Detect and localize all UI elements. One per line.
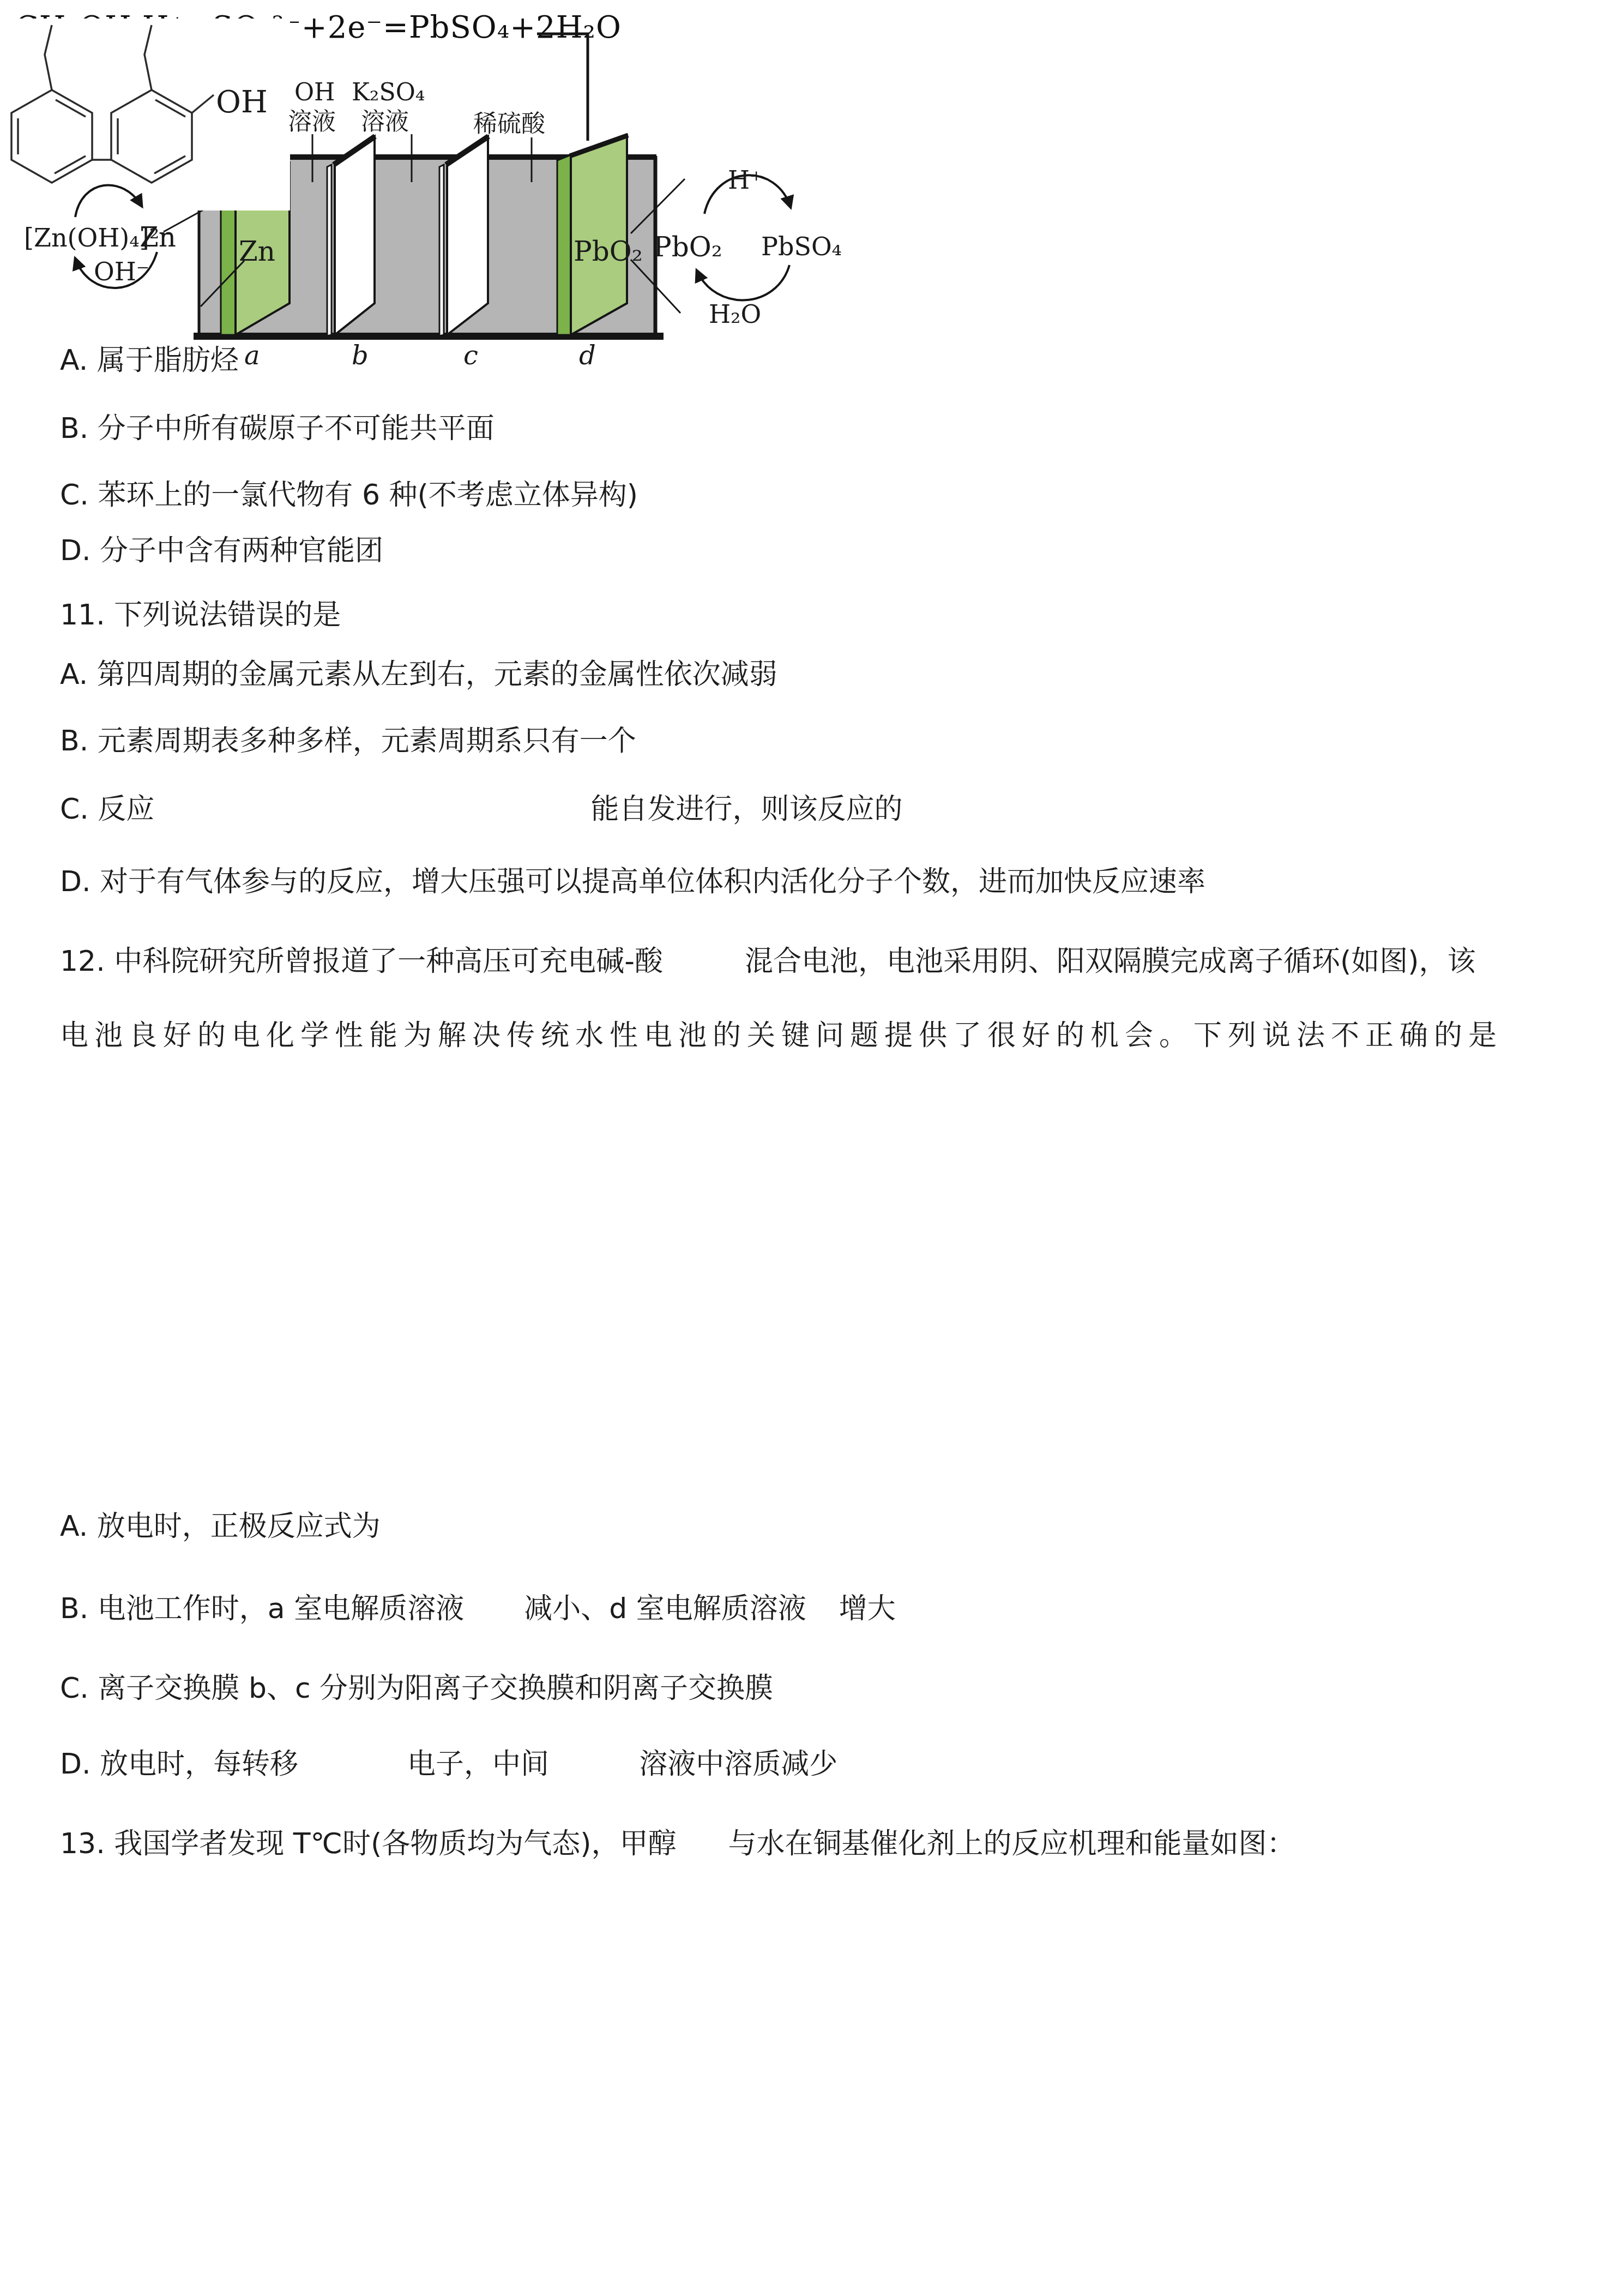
q13-stem: 13. 我国学者发现 T℃时(各物质均为气态)，甲醇与水在铜基催化剂上的反应机理… xyxy=(60,1826,1295,1862)
chamber-label-a: a xyxy=(244,340,260,371)
chamber-label-d: d xyxy=(579,340,596,371)
zn-electrode-inner-label: Zn xyxy=(239,236,275,267)
missing-formula-gap xyxy=(663,970,745,971)
q10-option-d: D. 分子中含有两种官能团 xyxy=(60,533,383,569)
water-label: H₂O xyxy=(709,299,761,329)
membrane-b xyxy=(327,136,375,336)
q12-option-d: D. 放电时，每转移电子，中间溶液中溶质减少 xyxy=(60,1747,837,1782)
pbo2-electrode-inner-label: PbO₂ xyxy=(574,236,643,267)
hydroxide-label: OH⁻ xyxy=(94,257,149,286)
pbso4-label: PbSO₄ xyxy=(761,232,842,261)
k2so4-solution-label-line2: 溶液 xyxy=(361,108,409,136)
q12-stem-line1: 12. 中科院研究所曾报道了一种高压可充电碱-酸混合电池，电池采用阴、阳双隔膜完… xyxy=(60,944,1476,979)
q12-option-a: A. 放电时，正极反应式为 xyxy=(60,1509,381,1544)
koh-solution-label-line2: 溶液 xyxy=(288,108,336,136)
dilute-acid-label: 稀硫酸 xyxy=(473,110,546,138)
q12-option-b: B. 电池工作时，a 室电解质溶液减小、d 室电解质溶液增大 xyxy=(60,1591,896,1627)
q11-option-d: D. 对于有气体参与的反应，增大压强可以提高单位体积内活化分子个数，进而加快反应… xyxy=(60,864,1205,900)
q11-option-a: A. 第四周期的金属元素从左到右，元素的金属性依次减弱 xyxy=(60,657,777,693)
q11-stem: 11. 下列说法错误的是 xyxy=(60,598,341,633)
membrane-label-b: b xyxy=(352,340,369,371)
q11-option-c: C. 反应能自发进行，则该反应的 xyxy=(60,792,902,827)
koh-solution-label-line1: OH xyxy=(294,79,335,106)
pbo2-electrode xyxy=(557,135,628,335)
q12-option-c: C. 离子交换膜 b、c 分别为阳离子交换膜和阴离子交换膜 xyxy=(60,1671,773,1706)
missing-formula-gap xyxy=(549,1773,639,1774)
q12-stem-line2: 电池良好的电化学性能为解决传统水性电池的关键问题提供了很好的机会。下列说法不正确… xyxy=(60,1018,1503,1054)
missing-formula-gap xyxy=(298,1773,407,1774)
missing-formula-gap xyxy=(464,1618,524,1618)
missing-formula-gap xyxy=(677,1853,728,1853)
missing-formula-gap xyxy=(154,818,590,819)
membrane-label-c: c xyxy=(463,340,478,371)
k2so4-solution-label-line1: K₂SO₄ xyxy=(352,79,425,106)
q10-option-c: C. 苯环上的一氯代物有 6 种(不考虑立体异构) xyxy=(60,478,638,513)
structure-oh-label: OH xyxy=(216,85,268,120)
exam-page: CH₃OH H⁺+SO₄²⁻+2e⁻=PbSO₄+2H₂O xyxy=(0,0,1622,2296)
zn-species-label: Zn xyxy=(140,221,176,253)
q10-option-b: B. 分子中所有碳原子不可能共平面 xyxy=(60,411,495,447)
q10-option-a: A. 属于脂肪烃 xyxy=(60,343,239,378)
pbo2-electrode-outer-label: PbO₂ xyxy=(653,231,722,263)
membrane-c xyxy=(439,136,489,336)
q11-option-b: B. 元素周期表多种多样，元素周期系只有一个 xyxy=(60,724,636,759)
missing-formula-gap xyxy=(806,1618,839,1618)
proton-label: H⁺ xyxy=(728,165,763,195)
